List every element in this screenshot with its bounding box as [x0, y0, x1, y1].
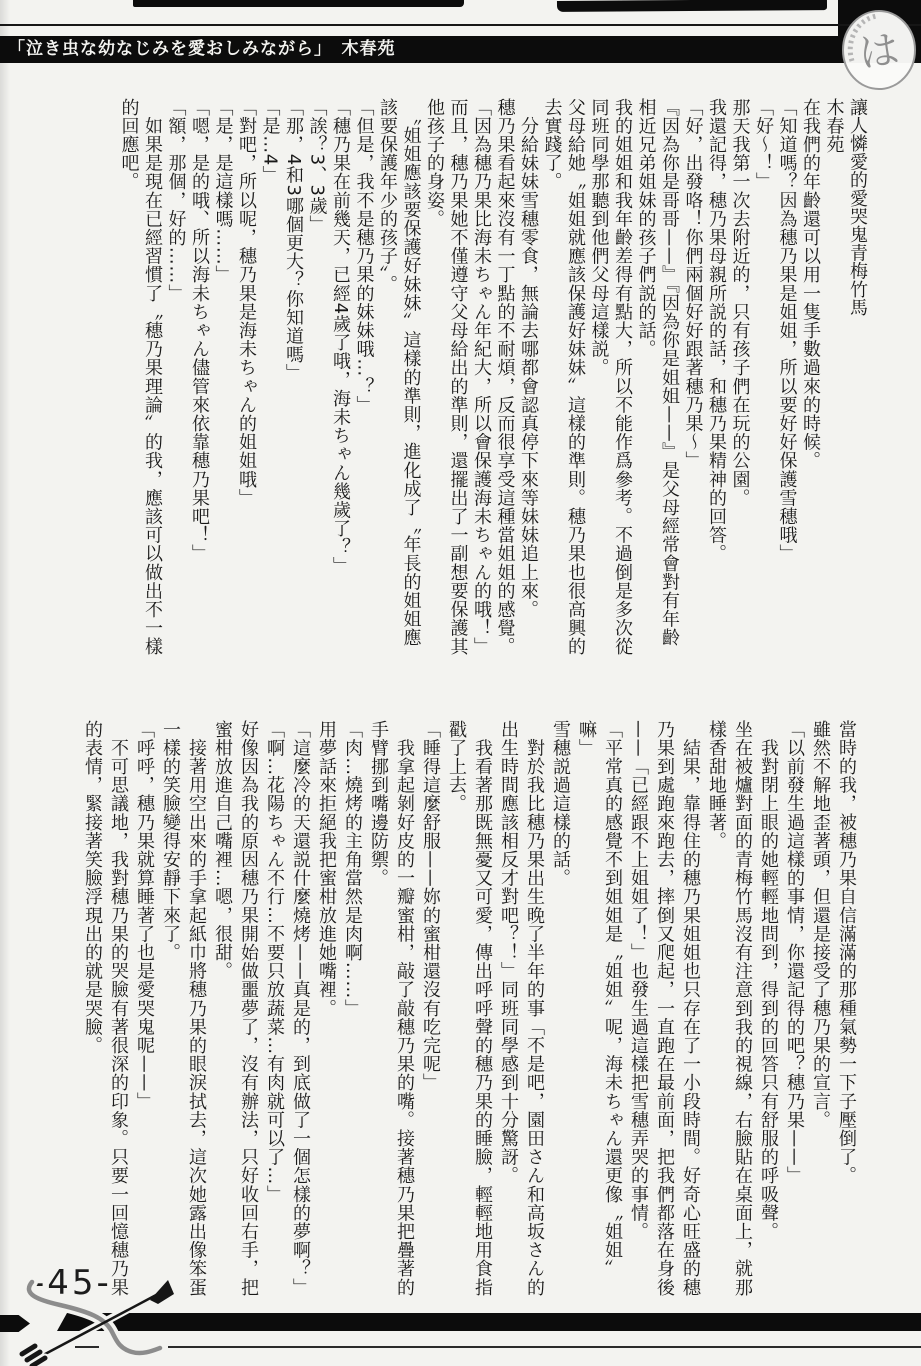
story-block-upper: 讓人憐愛的愛哭鬼青梅竹馬 木春苑 在我們的年齡還可以用一隻手數過來的時候。「知道…	[117, 98, 869, 660]
paragraph: 用夢話來拒絕我把蜜柑放進她嘴裡。	[313, 720, 339, 1302]
paragraph: 「啊…花陽ちゃん不行…不要只放蔬菜…有肉就可以了…」	[261, 720, 287, 1302]
story-title: 讓人憐愛的愛哭鬼青梅竹馬	[846, 98, 870, 660]
paragraph: 「那，4和3哪個更大？你知道嗎」	[282, 98, 306, 660]
paragraph: 如果是現在已經習慣了〝穗乃果理論〞的我，應該可以做出不一樣的回應吧。	[117, 98, 164, 660]
paragraph: 那天我第一次去附近的，只有孩子們在玩的公園。	[728, 98, 752, 660]
paragraph: 〝姐姐應該要保護好妹妹〞這樣的準則，進化成了〝年長的姐姐應該要保護年少的孩子〞。	[376, 98, 423, 660]
paragraph: 「睡得這麼舒服——妳的蜜柑還沒有吃完呢」	[417, 720, 443, 1302]
paragraph: 「誒？3、3歲」	[305, 98, 329, 660]
paragraph: 「是，是這樣嗎……」	[211, 98, 235, 660]
paragraph: 「呼呼，穗乃果就算睡著了也是愛哭鬼呢——」	[131, 720, 157, 1302]
paragraph: 「肉…燒烤的主角當然是肉啊……」	[339, 720, 365, 1302]
paragraph: 對於我比穗乃果出生晚了半年的事「不是吧，園田さん和高坂さん的出生時間應該相反才對…	[495, 720, 547, 1302]
scan-artifact-strip	[557, 0, 827, 12]
circle-stamp: は	[839, 7, 919, 91]
paragraph: 「平常真的感覺不到姐姐是〝姐姐〞呢，海未ちゃん還更像〝姐姐〞嘛」	[573, 720, 625, 1302]
paragraph: 在我們的年齡還可以用一隻手數過來的時候。	[799, 98, 823, 660]
paragraph: 我的姐姐和我年齡差得有點大，所以不能作爲參考。不過倒是多次從同班同學那聽到他們父…	[587, 98, 634, 660]
paragraph: 「好～！」	[752, 98, 776, 660]
paragraph: 我對閉上眼的她輕輕地問到，得到的回答只有舒服的呼吸聲。	[755, 720, 781, 1302]
stamp-character: は	[857, 27, 902, 77]
paragraph: 「但是，我不是穗乃果的妹妹哦…？」	[352, 98, 376, 660]
paragraph: 「對吧，所以呢，穗乃果是海未ちゃん的姐姐哦」	[235, 98, 259, 660]
bow-curve	[29, 1282, 160, 1353]
paragraph: 我拿起剝好皮的一瓣蜜柑，敲了敲穗乃果的嘴。接著穗乃果把疊著的手臂挪到嘴邊防禦。	[365, 720, 417, 1302]
paragraph: 當時的我，被穗乃果自信滿滿的那種氣勢一下子壓倒了。	[833, 720, 859, 1302]
paragraph: 接著用空出來的手拿起紙巾將穗乃果的眼淚拭去，這次她露出像笨蛋一樣的笑臉變得安靜下…	[157, 720, 209, 1302]
paragraph: 坐在被爐對面的青梅竹馬沒有注意到我的視線，右臉貼在桌面上，就那樣香甜地睡著。	[703, 720, 755, 1302]
paragraph: 穗乃果看起來沒有一丁點的不耐煩，反而很享受這種當姐姐的感覺。	[493, 98, 517, 660]
paragraph: 雖然不解地歪著頭，但還是接受了穗乃果的宣言。	[807, 720, 833, 1302]
paragraph: 「知道嗎？因為穗乃果是姐姐，所以要好好保護雪穗哦」	[775, 98, 799, 660]
paragraph: 「嗯，是的哦、所以海未ちゃん儘管來依靠穗乃果吧！」	[188, 98, 212, 660]
story-block-lower: 當時的我，被穗乃果自信滿滿的那種氣勢一下子壓倒了。雖然不解地歪著頭，但還是接受了…	[79, 720, 859, 1302]
bow-and-arrow-icon	[2, 1276, 192, 1366]
paragraph: 「好，出發咯！你們兩個好好跟著穗乃果～」	[681, 98, 705, 660]
paragraph: 「穗乃果在前幾天，已經4歲了哦，海未ちゃん幾歲了？」	[329, 98, 353, 660]
footer-rule	[168, 1346, 921, 1348]
scanned-page: 「泣き虫な幼なじみを愛おしみながら」 木春苑 は 讓人憐愛的愛哭鬼青梅竹馬 木春…	[0, 0, 921, 1366]
paragraph: 「是…4」	[258, 98, 282, 660]
paragraph: 我看著那既無憂又可愛，傳出呼呼聲的穗乃果的睡臉，輕輕地用食指戳了上去。	[443, 720, 495, 1302]
paragraph: 「額，那個，好的……」	[164, 98, 188, 660]
header-rule	[0, 24, 921, 26]
header-bar: 「泣き虫な幼なじみを愛おしみながら」 木春苑	[0, 36, 921, 63]
paragraph: 雪穗説過這樣的話。	[547, 720, 573, 1302]
paragraph: 『因為你是哥哥——』『因為你是姐姐——』是父母經常會對有年齡相近兄弟姐妹的孩子們…	[634, 98, 681, 660]
paragraph: 而且，穗乃果她不僅遵守父母給出的準則，還擺出了一副想要保護其他孩子的身姿。	[423, 98, 470, 660]
paragraph: 分給妹妹雪穗零食，無論去哪都會認真停下來等妹妹追上來。	[517, 98, 541, 660]
paragraph: 結果，靠得住的穗乃果姐姐也只存在了一小段時間。好奇心旺盛的穗乃果到處跑來跑去，摔…	[625, 720, 703, 1302]
paragraph: 不可思議地，我對穗乃果的哭臉有著很深的印象。只要一回憶穗乃果的表情，緊接著笑臉浮…	[79, 720, 131, 1302]
paragraph: 父母給她〝姐姐就應該保護好妹妹〞這樣的準則。穗乃果也很高興的去實踐了。	[540, 98, 587, 660]
paragraph: 「這麼冷的天還説什麼燒烤——真是的，到底做了一個怎樣的夢啊？」	[287, 720, 313, 1302]
story-author: 木春苑	[822, 98, 846, 660]
page-edge-shadow	[0, 0, 10, 1366]
paragraph: 我還記得，穗乃果母親所説的話，和穗乃果精神的回答。	[705, 98, 729, 660]
header-title: 「泣き虫な幼なじみを愛おしみながら」 木春苑	[8, 39, 396, 59]
paragraph: 好像因為我的原因穗乃果開始做噩夢了，沒有辦法，只好收回右手，把蜜柑放進自己嘴裡……	[209, 720, 261, 1302]
paragraph: 「因為穗乃果比海未ちゃん年紀大，所以會保護海未ちゃん的哦！」	[470, 98, 494, 660]
scan-artifact-strip	[133, 0, 464, 7]
paragraph: 「以前發生過這樣的事情，你還記得的吧？穗乃果——」	[781, 720, 807, 1302]
